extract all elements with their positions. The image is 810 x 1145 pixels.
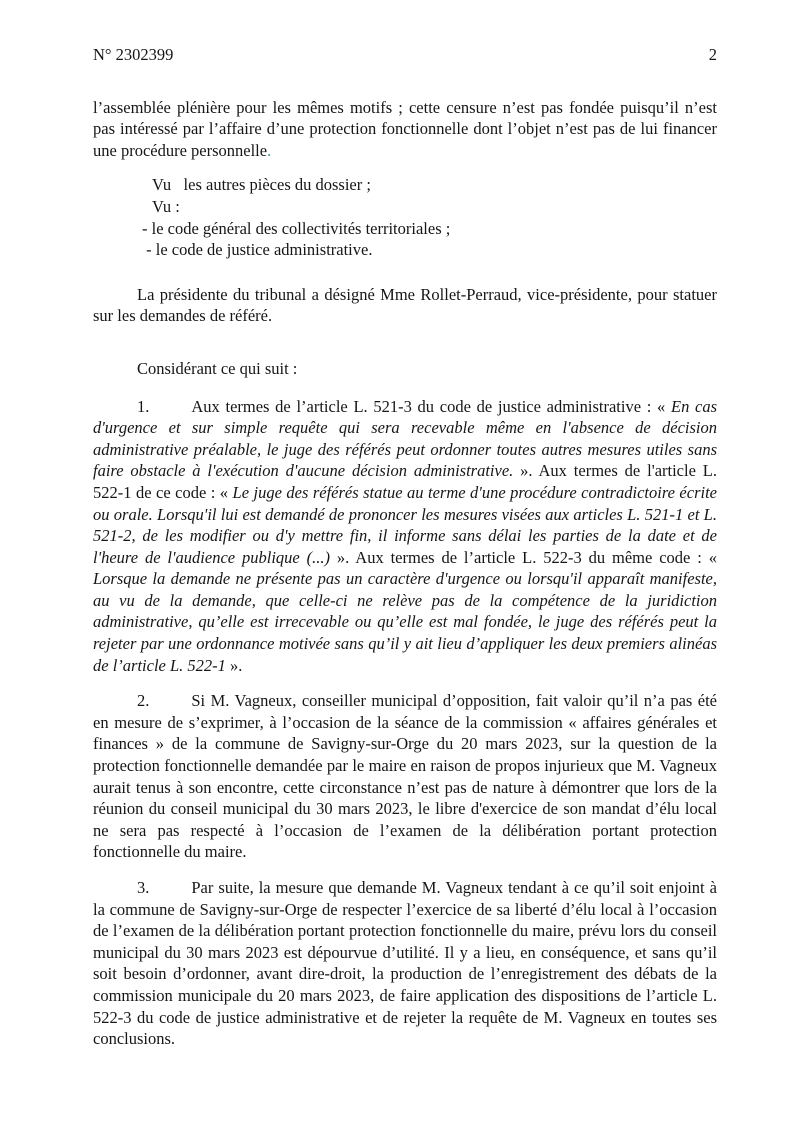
paragraph-point-2: 2.Si M. Vagneux, conseiller municipal d’… (93, 690, 717, 863)
visa-line-cja: - le code de justice administrative. (93, 239, 717, 261)
point-number: 1. (137, 397, 149, 416)
visa-line-vu: Vu : (93, 196, 717, 218)
paragraph-point-1: 1.Aux termes de l’article L. 521-3 du co… (93, 396, 717, 677)
page-header: N° 2302399 2 (93, 44, 717, 66)
visa-line-pieces: Vu les autres pièces du dossier ; (93, 174, 717, 196)
document-number: N° 2302399 (93, 44, 173, 66)
document-body: l’assemblée plénière pour les mêmes moti… (93, 97, 717, 1050)
point-number: 2. (137, 691, 149, 710)
point-text: Si M. Vagneux, conseiller municipal d’op… (93, 691, 717, 861)
point-number: 3. (137, 878, 149, 897)
considerant-heading: Considérant ce qui suit : (93, 358, 717, 380)
point-text: Aux termes de l’article L. 521-3 du code… (93, 397, 717, 675)
paragraph-point-3: 3.Par suite, la mesure que demande M. Va… (93, 877, 717, 1050)
page-number: 2 (709, 44, 717, 66)
document-page: N° 2302399 2 l’assemblée plénière pour l… (0, 0, 810, 1145)
visa-block: Vu les autres pièces du dossier ; Vu : -… (93, 174, 717, 260)
point-text: Par suite, la mesure que demande M. Vagn… (93, 878, 717, 1048)
paragraph-designation: La présidente du tribunal a désigné Mme … (93, 284, 717, 327)
visa-line-cgct: - le code général des collectivités terr… (93, 218, 717, 240)
paragraph-continuation: l’assemblée plénière pour les mêmes moti… (93, 97, 717, 162)
